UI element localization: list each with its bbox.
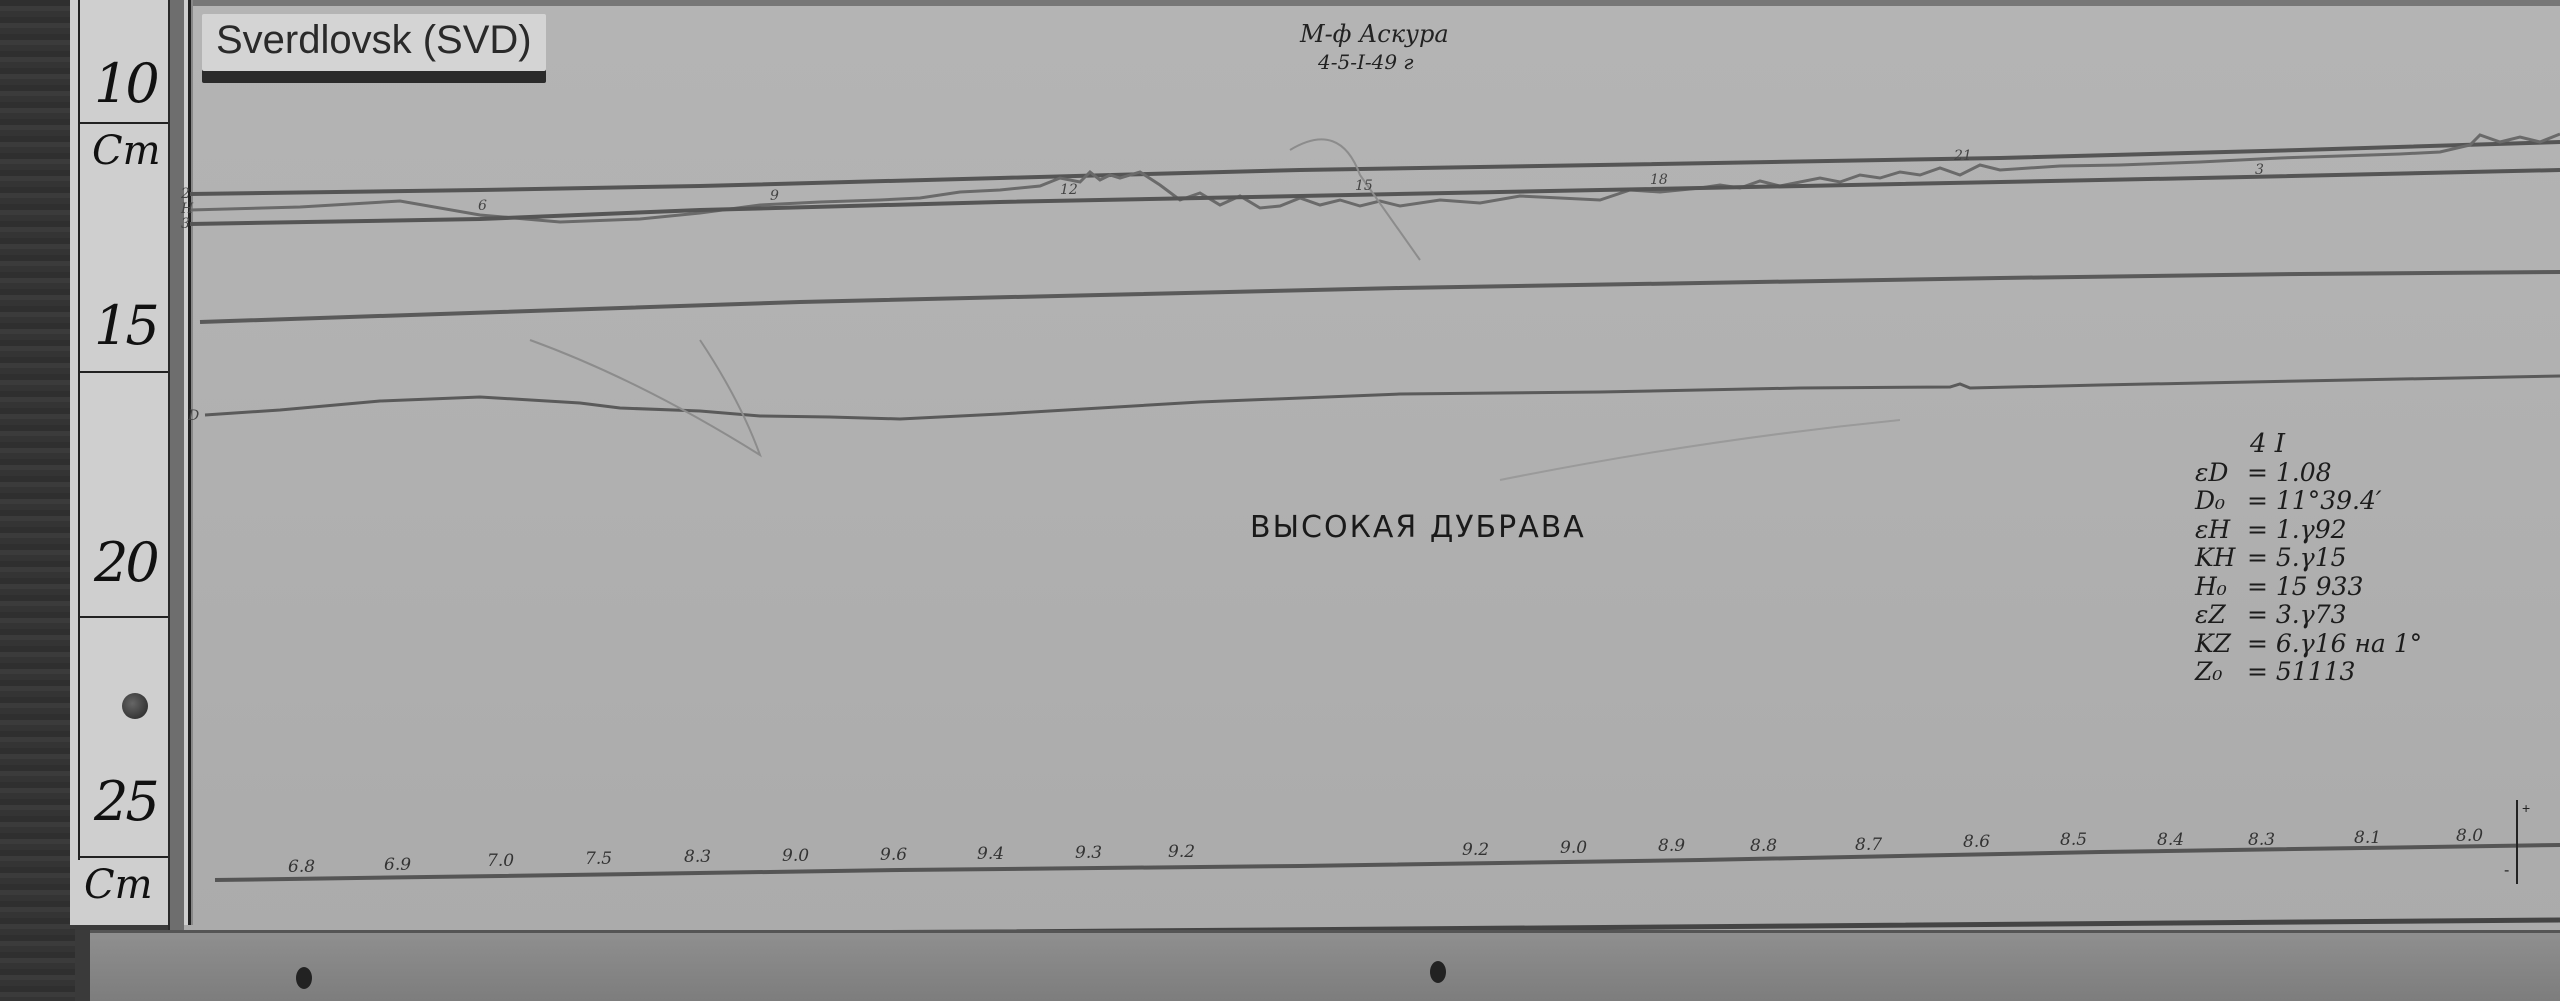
magnetogram-traces	[0, 0, 2560, 1001]
hour-mark-12: 12	[1060, 182, 1078, 198]
temp-tick: 9.0	[782, 846, 809, 866]
temp-tick: 8.1	[2354, 828, 2381, 848]
trace-temperature	[215, 845, 2560, 880]
calibration-notes: 4 I εD= 1.08 D₀= 11°39.4′ εH= 1.γ92 KH= …	[2195, 430, 2422, 687]
temp-tick: 8.8	[1750, 836, 1777, 856]
temp-tick: 9.2	[1168, 842, 1195, 862]
temp-tick: 8.3	[684, 847, 711, 867]
note-row: H₀= 15 933	[2195, 573, 2422, 602]
mount-hole	[296, 967, 312, 989]
temp-tick: 7.5	[585, 849, 612, 869]
trace-baseline-2	[190, 142, 2560, 194]
temp-tick: 7.0	[487, 851, 514, 871]
trace-label-3: 3	[181, 216, 190, 232]
temp-tick: 8.9	[1658, 836, 1685, 856]
hour-mark-3: 3	[2255, 162, 2264, 178]
hour-mark-15: 15	[1355, 178, 1373, 194]
bottom-mount-strip	[90, 930, 2560, 1001]
note-row: Z₀= 51113	[2195, 658, 2422, 687]
temp-tick: 6.8	[288, 857, 315, 877]
temp-tick: 8.5	[2060, 830, 2087, 850]
hour-mark-9: 9	[770, 188, 779, 204]
note-row: D₀= 11°39.4′	[2195, 487, 2422, 516]
temp-tick: 9.2	[1462, 840, 1489, 860]
temp-tick: 8.0	[2456, 826, 2483, 846]
polarity-arrow-icon	[2516, 800, 2518, 884]
temp-tick: 6.9	[384, 855, 411, 875]
temp-tick: 9.0	[1560, 838, 1587, 858]
trace-label-2: 2	[181, 186, 190, 202]
notes-header: 4 I	[2195, 430, 2422, 459]
temp-tick: 8.4	[2157, 830, 2184, 850]
pencil-scribble	[530, 340, 760, 455]
hour-mark-18: 18	[1650, 172, 1668, 188]
temp-tick: 9.3	[1075, 843, 1102, 863]
note-row: εH= 1.γ92	[2195, 516, 2422, 545]
trace-baseline-mid	[200, 272, 2560, 322]
polarity-minus: -	[2504, 862, 2509, 880]
temp-tick: 9.6	[880, 845, 907, 865]
temp-tick: 8.3	[2248, 830, 2275, 850]
polarity-plus: +	[2522, 800, 2530, 816]
note-row: KH= 5.γ15	[2195, 544, 2422, 573]
temp-tick: 8.6	[1963, 832, 1990, 852]
mount-hole	[1430, 961, 1446, 983]
temp-tick: 8.7	[1855, 835, 1882, 855]
pencil-scribble-3	[1500, 420, 1900, 480]
hour-mark-21: 21	[1954, 148, 1972, 164]
pencil-scribble-2	[1290, 139, 1420, 260]
trace-label-h: H	[181, 201, 193, 217]
temp-tick: 9.4	[977, 844, 1004, 864]
trace-d	[205, 376, 2560, 419]
note-row: KZ= 6.γ16 на 1°	[2195, 630, 2422, 659]
hour-mark-6: 6	[478, 198, 487, 214]
observatory-caption: ВЫСОКАЯ ДУБРАВА	[1250, 510, 1586, 545]
note-row: εZ= 3.γ73	[2195, 601, 2422, 630]
note-row: εD= 1.08	[2195, 459, 2422, 488]
trace-label-d: D	[188, 408, 199, 424]
